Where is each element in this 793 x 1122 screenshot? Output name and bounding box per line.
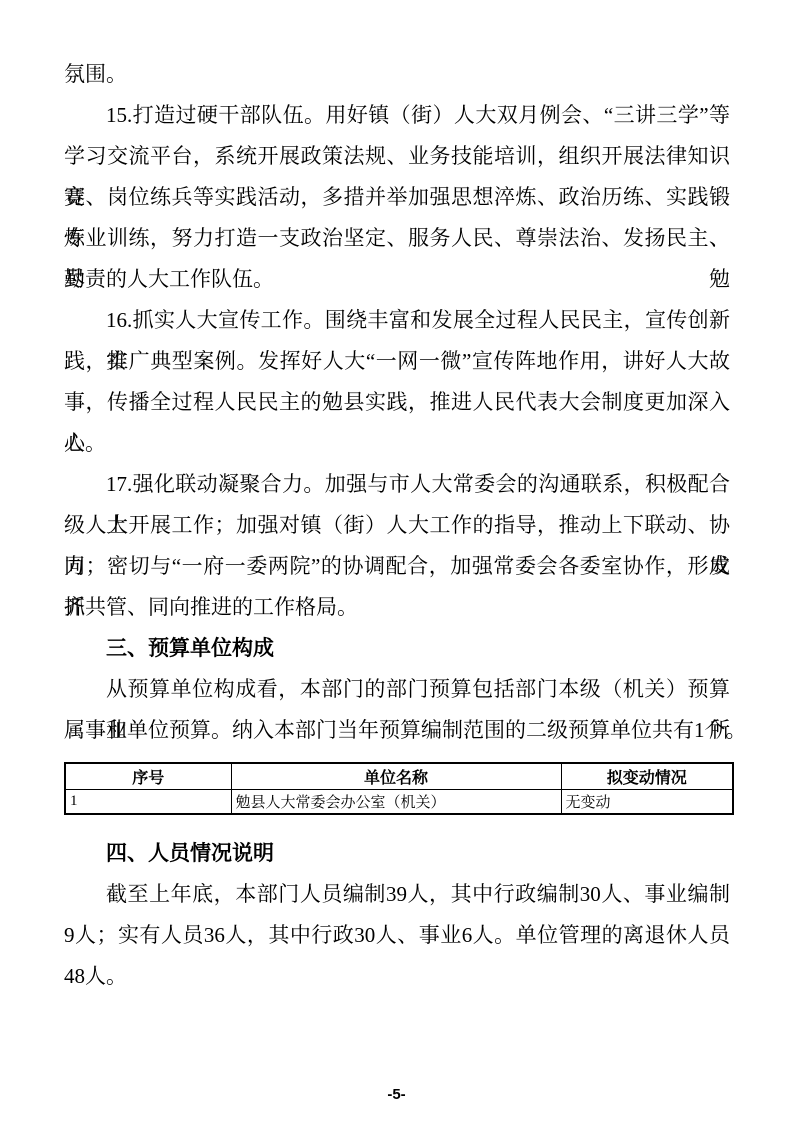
paragraph-line: 事，传播全过程人民民主的勉县实践，推进人民代表大会制度更加深入人 [64,382,730,423]
paragraph-line: 学习交流平台，系统开展政策法规、业务技能培训，组织开展法律知识竞 [64,136,730,177]
paragraph-line: 16.抓实人大宣传工作。围绕丰富和发展全过程人民民主，宣传创新实 [64,300,730,341]
paragraph-line: 专业训练，努力打造一支政治坚定、服务人民、尊崇法治、发扬民主、勤勉 [64,218,730,259]
paragraph-line: 级人大开展工作；加强对镇（街）人大工作的指导，推动上下联动、协同发 [64,505,730,546]
section-heading-budget-units: 三、预算单位构成 [64,628,730,669]
table-header-seq: 序号 [65,763,231,790]
paragraph-line: 属事业单位预算。纳入本部门当年预算编制范围的二级预算单位共有1个。 [64,710,730,751]
table-row: 1 勉县人大常委会办公室（机关） 无变动 [65,790,733,815]
table-header-unit-name: 单位名称 [231,763,561,790]
paragraph-line: 抓共管、同向推进的工作格局。 [64,587,730,628]
page-number: -5- [0,1086,793,1103]
document-content: 氛围。 15.打造过硬干部队伍。用好镇（街）人大双月例会、“三讲三学”等 学习交… [0,0,793,997]
budget-units-table: 序号 单位名称 拟变动情况 1 勉县人大常委会办公室（机关） 无变动 [64,762,734,815]
paragraph-line: 赛、岗位练兵等实践活动，多措并举加强思想淬炼、政治历练、实践锻炼、 [64,177,730,218]
paragraph-line: 截至上年底，本部门人员编制39人，其中行政编制30人、事业编制 [64,874,730,915]
paragraph-line: 17.强化联动凝聚合力。加强与市人大常委会的沟通联系，积极配合上 [64,464,730,505]
table-cell-change: 无变动 [561,790,733,815]
table-cell-unit-name: 勉县人大常委会办公室（机关） [231,790,561,815]
paragraph-line: 心。 [64,423,730,464]
section-heading-personnel: 四、人员情况说明 [64,833,730,874]
table-cell-seq: 1 [65,790,231,815]
paragraph-line: 氛围。 [64,54,730,95]
table-header-change: 拟变动情况 [561,763,733,790]
paragraph-line: 从预算单位构成看，本部门的部门预算包括部门本级（机关）预算和所 [64,669,730,710]
paragraph-line: 9人；实有人员36人，其中行政30人、事业6人。单位管理的离退休人员 [64,915,730,956]
paragraph-line: 力；密切与“一府一委两院”的协调配合，加强常委会各委室协作，形成齐 [64,546,730,587]
paragraph-line: 15.打造过硬干部队伍。用好镇（街）人大双月例会、“三讲三学”等 [64,95,730,136]
paragraph-line: 践，推广典型案例。发挥好人大“一网一微”宣传阵地作用，讲好人大故 [64,341,730,382]
paragraph-line: 48人。 [64,956,730,997]
table-header-row: 序号 单位名称 拟变动情况 [65,763,733,790]
